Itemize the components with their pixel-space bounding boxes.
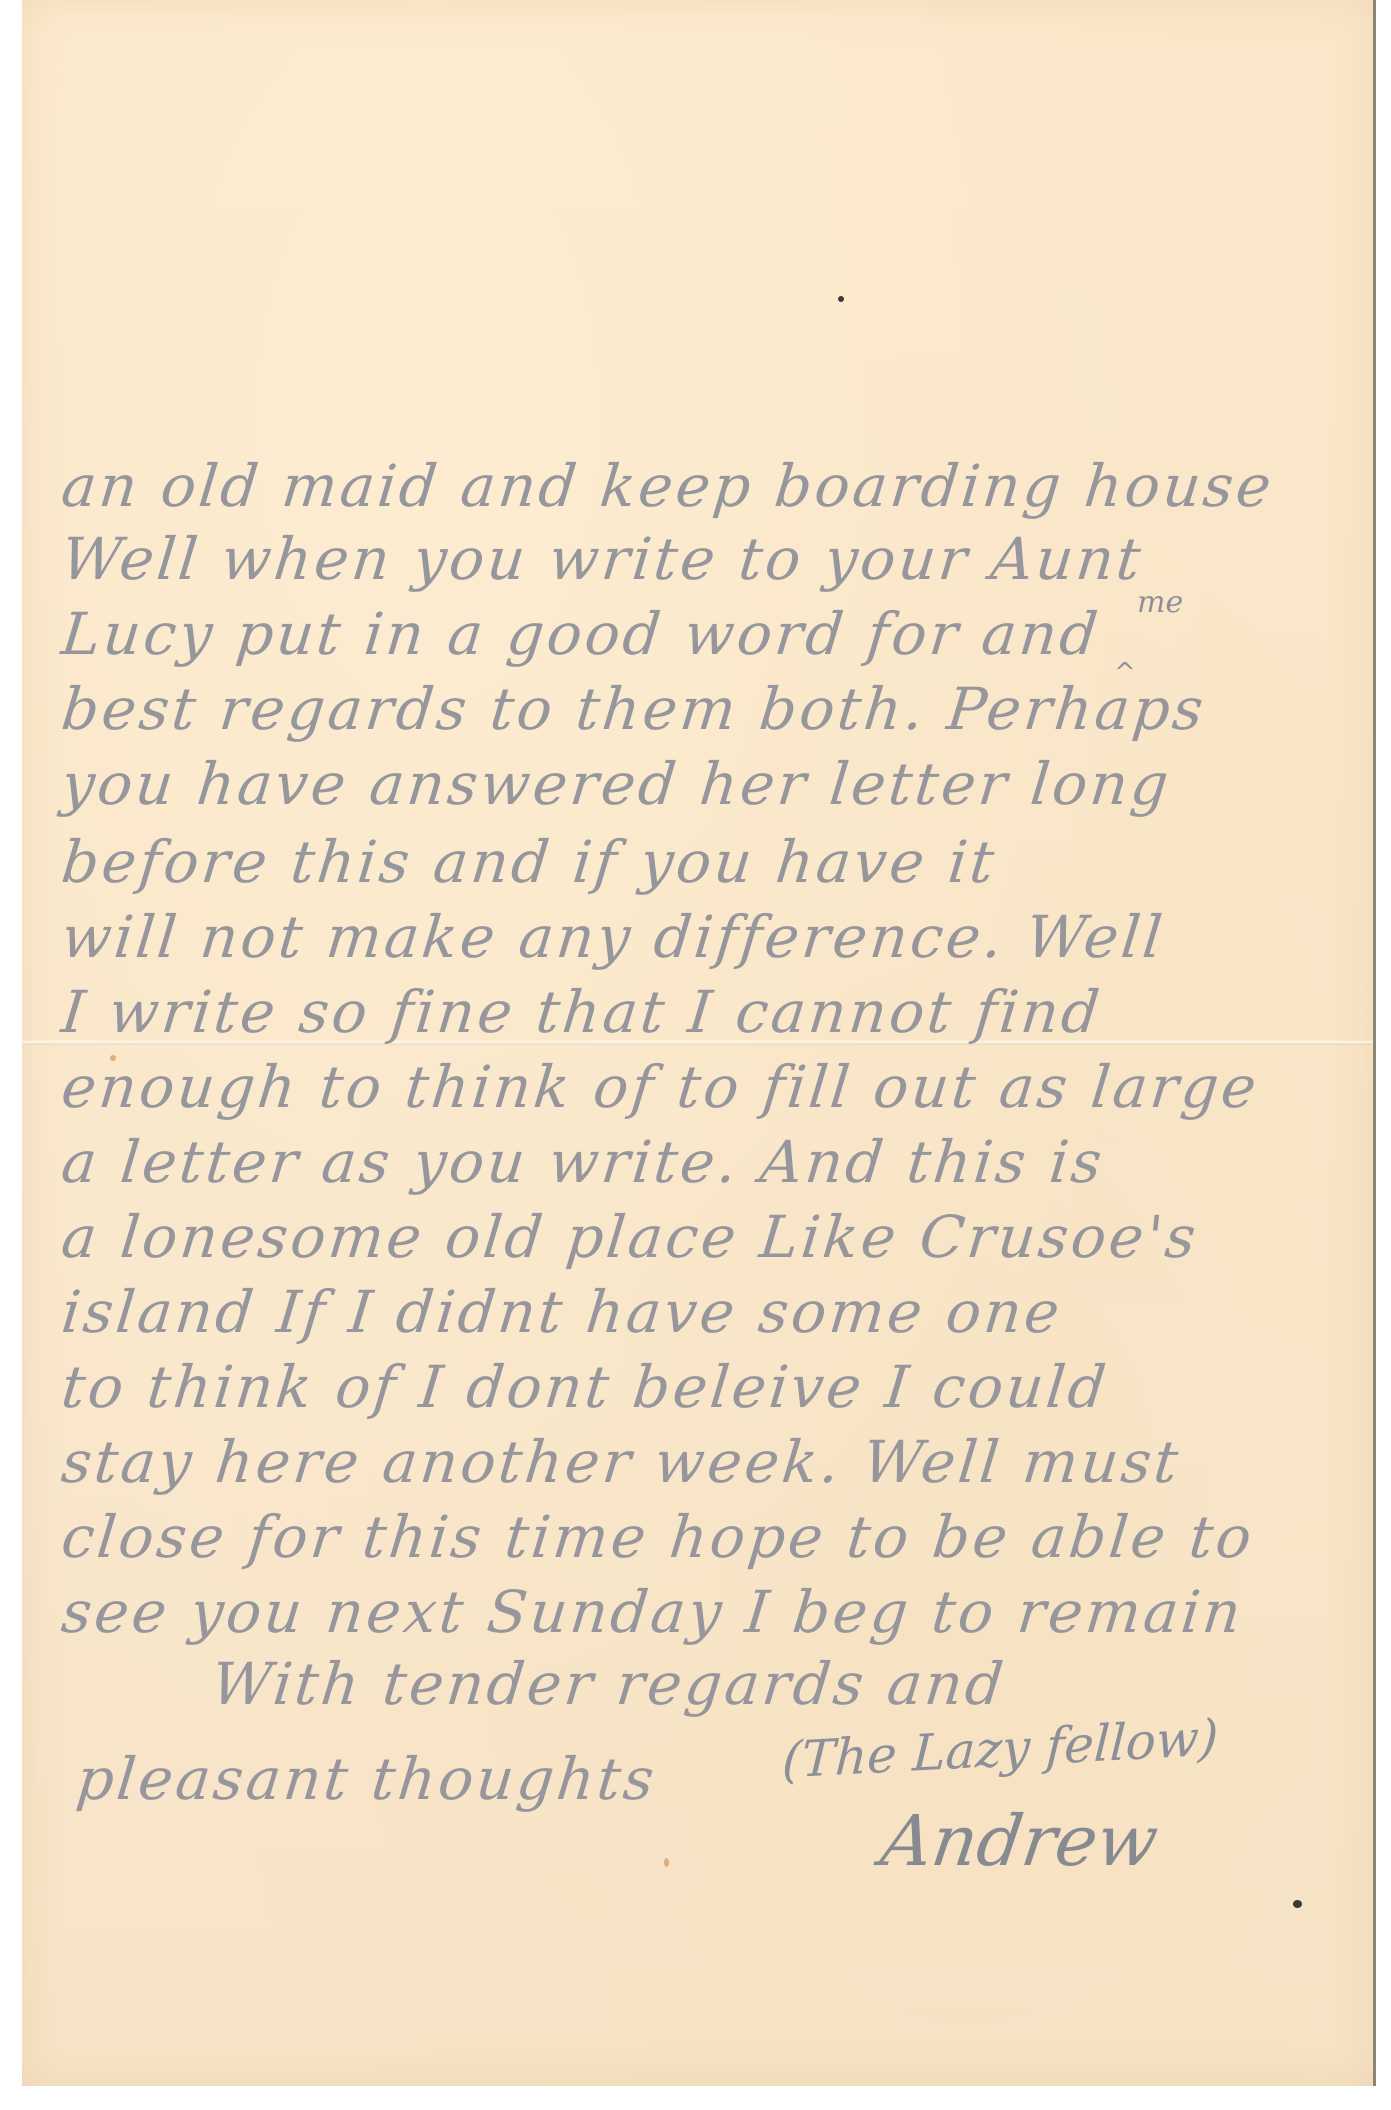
letter-line: enough to think of to fill out as large [58,1053,1262,1121]
letter-line: will not make any difference. Well [58,903,1168,971]
letter-line: you have answered her letter long [58,750,1174,818]
letter-line: I write so fine that I cannot find [58,978,1105,1046]
letter-line: stay here another week. Well must [58,1428,1184,1496]
letter-line: before this and if you have it [58,828,1000,896]
letter-line: to think of I dont beleive I could [58,1353,1111,1421]
signature-name: Andrew [876,1800,1163,1882]
letter-line: best regards to them both. Perhaps [58,675,1209,743]
closing-line-1: With tender regards and [208,1650,1009,1718]
letter-line: see you next Sunday I beg to remain [58,1578,1247,1646]
letter-line: Well when you write to your Aunt [58,525,1146,593]
closing-line-2: pleasant thoughts [73,1745,660,1813]
letter-line: an old maid and keep boarding house [58,452,1277,520]
ink-speck [1293,1900,1302,1908]
signature-note: (The Lazy fellow) [781,1708,1220,1789]
inserted-word: me [1137,585,1183,620]
ink-speck [838,296,844,302]
letter-line: a letter as you write. And this is [58,1128,1107,1196]
insertion-caret: ^ [1114,658,1136,688]
foxing-stain [664,1858,669,1867]
letter-page: an old maid and keep boarding house Well… [22,0,1376,2086]
letter-line: island If I didnt have some one [58,1278,1065,1346]
letter-line: a lonesome old place Like Crusoe's [58,1203,1201,1271]
letter-line: Lucy put in a good word for and [58,600,1103,668]
letter-line: close for this time hope to be able to [58,1503,1257,1571]
